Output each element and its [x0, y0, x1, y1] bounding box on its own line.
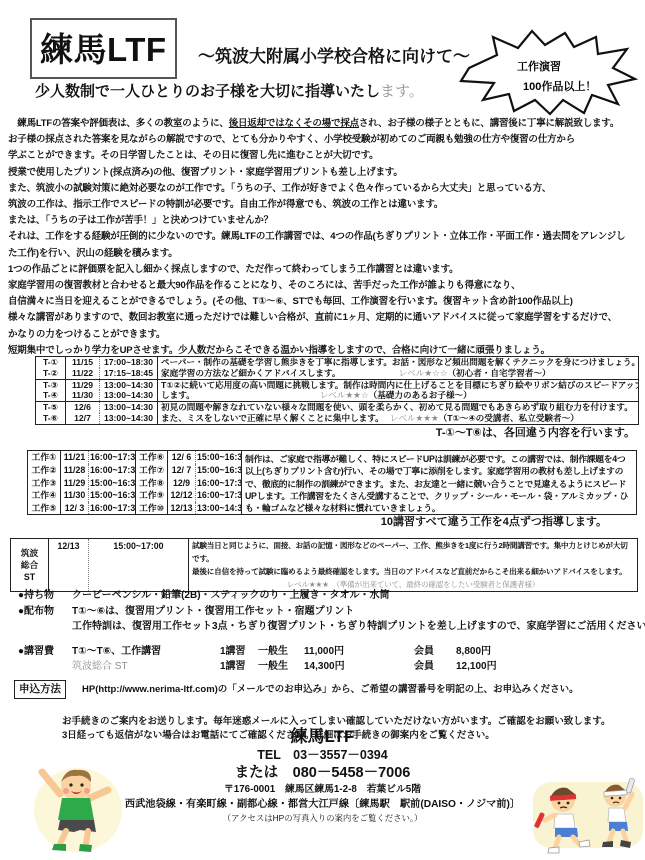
table-row: T-⑤ 12/6 13:00~14:30 初見の問題や解きなれていない様々な問題… [36, 402, 639, 413]
intro-line: お子様の採点された答案を見ながらの解説ですので、とても分かりやすく、小学校受験が… [8, 132, 640, 148]
intro-line: かなりの力をつけることができます。 [8, 327, 640, 343]
intro-line: それは、工作をする経験が圧倒的に少ないのです。練馬LTFの工作講習では、4つの作… [8, 229, 640, 245]
tagline-main: 少人数制で一人ひとりのお子様を大切に指導いたし [35, 83, 380, 100]
level-badge: レベル★☆☆ [399, 368, 448, 378]
craft-schedule-table: 工作① 11/21 16:00~17:30 工作⑥ 12/ 6 15:00~16… [27, 450, 637, 515]
level-badge: レベル★★☆ [320, 390, 369, 400]
info-section: ●持ち物 クーピーペンシル・鉛筆(2B)・スティックのり・上履き・タオル・水筒 … [18, 588, 645, 675]
intro-line: また、筑波小の試験対策に絶対必要なのが工作です。「うちの子、工作が好きでよく色々… [8, 181, 640, 197]
intro-line-1: 練馬LTFの答案や評価表は、多くの教室のように、後日返却ではなくその場で採点され… [8, 116, 640, 132]
starburst-badge: 工作演習 100作品以上！ [455, 28, 640, 120]
table-row: T-③ 11/29 13:00~14:30 T①②に続いて応用度の高い問題に挑戦… [36, 379, 639, 390]
intro-line: 家庭学習用の復習教材と合わせると最大90作品を作ることになり、そのころには、苦手… [8, 278, 640, 294]
school-title: 練馬LTF [30, 18, 177, 79]
intro-line: 自信満々に当日を迎えることができるでしょう。(その他、T①～⑥、STでも毎回、工… [8, 294, 640, 310]
intro-paragraph: 練馬LTFの答案や評価表は、多くの教室のように、後日返却ではなくその場で採点され… [8, 116, 640, 359]
relay-runners-illustration [531, 776, 645, 860]
t-table-note: T-①～T⑥は、各回違う内容を行います。 [436, 424, 635, 440]
intro-line: 様々な講習がありますので、数回お教室に通っただけでは難しい合格が、直前に1ヶ月、… [8, 310, 640, 326]
underlined-phrase: 後日返却ではなくその場で採点 [229, 118, 359, 129]
handout-row: ●配布物 T①～⑥は、復習用プリント・復習用工作セット・宿題プリント [18, 604, 645, 620]
intro-line: 筑波の工作は、指示工作でスピードの特訓が必要です。自由工作が得意でも、筑波の工作… [8, 197, 640, 213]
fee-label: ●講習費 [18, 644, 72, 660]
intro-line: 1つの作品ごとに評価票を記入し細かく採点しますので、ただ作って終わってしまう工作… [8, 262, 640, 278]
starburst-text-1: 工作演習 [517, 59, 561, 73]
course-desc-group3: 初見の問題や解きなれていない様々な問題を使い、頭を柔らかく、初めて見る問題でもあ… [158, 402, 639, 425]
apply-method-label: 申込方法 [14, 680, 66, 699]
course-desc-group2: T①②に続いて応用度の高い問題に挑戦します。制作は時間内に仕上げることを目標にち… [158, 379, 639, 402]
intro-line: または、「うちの子は工作が苦手！」と決めつけていませんか？ [8, 213, 640, 229]
fee-row: ●講習費 T①～T⑥、工作講習 1講習 一般生 11,000円 会員 8,800… [18, 644, 645, 660]
craft-description: 制作は、ご家庭で指導が難しく、特にスピードUPは訓練が必要です。この講習では、制… [242, 451, 637, 515]
tagline-tail: ます。 [380, 83, 424, 100]
items-label: ●持ち物 [18, 588, 72, 604]
intro-line: た工作)を行い、沢山の経験を積みます。 [8, 246, 640, 262]
handout-text-1: T①～⑥は、復習用プリント・復習用工作セット・宿題プリント [72, 604, 354, 620]
intro-line: 授業で使用したプリント(採点済み)の他、復習プリント・家庭学習用プリントも差し上… [8, 165, 640, 181]
table-row: 筑波 総合 ST 12/13 15:00~17:00 試験当日と同じように、面接… [11, 539, 638, 592]
course-schedule-table: T-① 11/15 17:00~18:30 ペーパー・制作の基礎を学習し熊歩きを… [35, 356, 639, 425]
handout-label: ●配布物 [18, 604, 72, 620]
items-row: ●持ち物 クーピーペンシル・鉛筆(2B)・スティックのり・上履き・タオル・水筒 [18, 588, 645, 604]
intro-line: 学ぶことができます。その日学習したことは、その日に復習し先に進むことが大切です。 [8, 148, 640, 164]
starburst-text-2: 100作品以上！ [523, 79, 596, 93]
tagline: 少人数制で一人ひとりのお子様を大切に指導いたします。 [35, 80, 424, 101]
level-badge: レベル★★★ [390, 413, 439, 423]
craft-table-note: 10講習すべて違う工作を4点ずつ指導します。 [381, 513, 607, 529]
flyer-subtitle: ～筑波大附属小学校合格に向けて～ [198, 42, 470, 67]
apply-line-1: HP(http://www.nerima-ltf.com)の「メールでのお申込み… [82, 683, 579, 698]
st-table: 筑波 総合 ST 12/13 15:00~17:00 試験当日と同じように、面接… [10, 538, 638, 592]
fee-row: 筑波総合 ST 1講習 一般生 14,300円 会員 12,100円 [18, 659, 645, 675]
handout-text-2: 工作特訓は、復習用工作セット3点・ちぎり復習プリント・ちぎり特訓プリントを差し上… [72, 619, 645, 635]
jumping-boy-illustration [16, 760, 138, 858]
footer-school-name: 練馬LTF [0, 727, 645, 747]
st-label: 筑波 総合 ST [11, 539, 49, 592]
course-desc-group1: ペーパー・制作の基礎を学習し熊歩きを丁寧に指導します。お話・図形など頻出問題を解… [158, 357, 639, 380]
items-text: クーピーペンシル・鉛筆(2B)・スティックのり・上履き・タオル・水筒 [72, 588, 390, 604]
table-row: 工作① 11/21 16:00~17:30 工作⑥ 12/ 6 15:00~16… [28, 451, 637, 464]
table-row: T-① 11/15 17:00~18:30 ペーパー・制作の基礎を学習し熊歩きを… [36, 357, 639, 368]
flyer-page: 練馬LTF ～筑波大附属小学校合格に向けて～ 工作演習 100作品以上！ 少人数… [0, 0, 645, 860]
st-description: 試験当日と同じように、面接、お話の記憶・図形などのペーパー、工作、熊歩きを1度に… [189, 539, 638, 592]
